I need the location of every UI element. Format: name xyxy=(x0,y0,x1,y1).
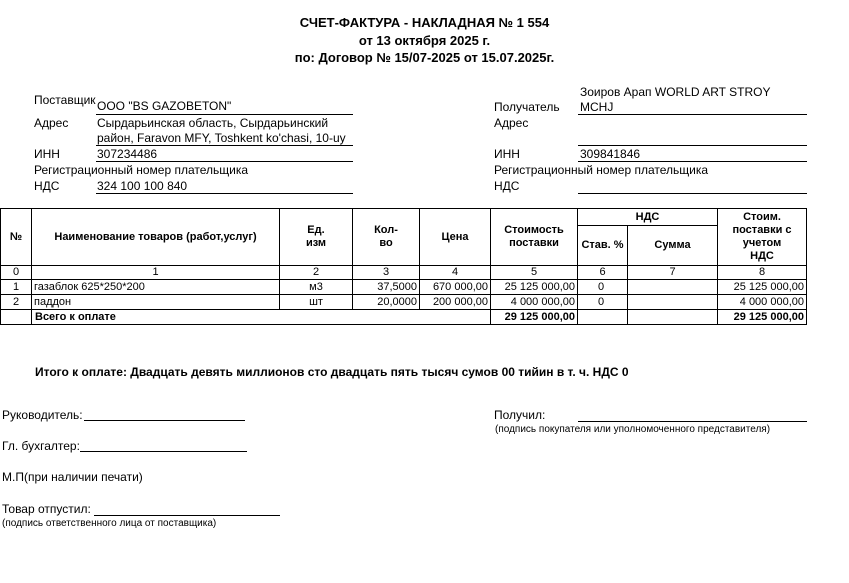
header-num: № xyxy=(1,209,32,266)
supplier-address-underline xyxy=(96,145,353,146)
col-number: 1 xyxy=(32,266,280,280)
row-name: газаблок 625*250*200 xyxy=(32,280,280,295)
received-note: (подпись покупателя или уполномоченного … xyxy=(495,424,770,435)
recipient-inn-label: ИНН xyxy=(494,147,520,161)
accountant-signature-line xyxy=(80,451,247,452)
header-name: Наименование товаров (работ,услуг) xyxy=(32,209,280,266)
supplier-nds-underline xyxy=(96,193,353,194)
header-qty: Кол-во xyxy=(353,209,420,266)
table-row: 2 паддон шт 20,0000 200 000,00 4 000 000… xyxy=(1,295,807,310)
col-number: 6 xyxy=(578,266,628,280)
table-header-row: № Наименование товаров (работ,услуг) Ед.… xyxy=(1,209,807,226)
col-number: 0 xyxy=(1,266,32,280)
total-with-vat: 29 125 000,00 xyxy=(718,310,807,325)
row-price: 670 000,00 xyxy=(420,280,491,295)
total-num-cell xyxy=(1,310,32,325)
total-vat-sum xyxy=(628,310,718,325)
supplier-address-label: Адрес xyxy=(34,116,68,130)
table-row: 1 газаблок 625*250*200 м3 37,5000 670 00… xyxy=(1,280,807,295)
col-number: 8 xyxy=(718,266,807,280)
accountant-label: Гл. бухгалтер: xyxy=(2,439,80,453)
col-number: 2 xyxy=(280,266,353,280)
supplier-inn-underline xyxy=(96,161,353,162)
stamp-label: М.П(при наличии печати) xyxy=(2,470,143,484)
director-signature-line xyxy=(84,420,245,421)
row-qty: 37,5000 xyxy=(353,280,420,295)
row-cost: 25 125 000,00 xyxy=(491,280,578,295)
recipient-nds-label: НДС xyxy=(494,179,519,193)
header-price: Цена xyxy=(420,209,491,266)
director-label: Руководитель: xyxy=(2,408,83,422)
supplier-nds: 324 100 100 840 xyxy=(97,179,187,193)
row-qty: 20,0000 xyxy=(353,295,420,310)
row-total: 25 125 000,00 xyxy=(718,280,807,295)
row-cost: 4 000 000,00 xyxy=(491,295,578,310)
header-vat-sum: Сумма xyxy=(628,226,718,266)
row-vat-rate: 0 xyxy=(578,295,628,310)
received-signature-line xyxy=(578,421,807,422)
received-label: Получил: xyxy=(494,408,545,422)
row-price: 200 000,00 xyxy=(420,295,491,310)
supplier-inn: 307234486 xyxy=(97,147,157,161)
total-cost: 29 125 000,00 xyxy=(491,310,578,325)
invoice-contract: по: Договор № 15/07-2025 от 15.07.2025г. xyxy=(0,50,849,65)
supplier-address-line2: район, Faravon MFY, Toshkent ko'chasi, 1… xyxy=(97,131,346,145)
table-column-numbers-row: 0 1 2 3 4 5 6 7 8 xyxy=(1,266,807,280)
supplier-address-line1: Сырдарьинская область, Сырдарьинский xyxy=(97,116,328,130)
recipient-name-line1: Зоиров Арап WORLD ART STROY xyxy=(580,85,770,99)
header-unit: Ед. изм xyxy=(280,209,353,266)
invoice-title: СЧЕТ-ФАКТУРА - НАКЛАДНАЯ № 1 554 xyxy=(0,15,849,30)
recipient-address-label: Адрес xyxy=(494,116,528,130)
row-unit: шт xyxy=(280,295,353,310)
col-number: 3 xyxy=(353,266,420,280)
supplier-name-underline xyxy=(96,114,353,115)
row-num: 1 xyxy=(1,280,32,295)
recipient-name-underline xyxy=(578,114,807,115)
total-label: Всего к оплате xyxy=(32,310,491,325)
header-total-with-vat: Стоим. поставки с учетом НДС xyxy=(718,209,807,266)
row-unit: м3 xyxy=(280,280,353,295)
recipient-name-line2: MCHJ xyxy=(580,100,613,114)
recipient-inn: 309841846 xyxy=(580,147,640,161)
invoice-date: от 13 октября 2025 г. xyxy=(0,33,849,48)
recipient-inn-underline xyxy=(578,161,807,162)
supplier-reg-label: Регистрационный номер плательщика xyxy=(34,163,248,177)
col-number: 7 xyxy=(628,266,718,280)
supplier-label: Поставщик xyxy=(34,93,96,107)
col-number: 4 xyxy=(420,266,491,280)
table-total-row: Всего к оплате 29 125 000,00 29 125 000,… xyxy=(1,310,807,325)
header-vat: НДС xyxy=(578,209,718,226)
total-in-words: Итого к оплате: Двадцать девять миллионо… xyxy=(35,365,629,379)
supplier-name: ООО "BS GAZOBETON" xyxy=(97,99,231,113)
invoice-table: № Наименование товаров (работ,услуг) Ед.… xyxy=(0,208,807,325)
row-vat-sum xyxy=(628,295,718,310)
recipient-label: Получатель xyxy=(494,100,560,114)
released-signature-line xyxy=(94,515,280,516)
recipient-reg-label: Регистрационный номер плательщика xyxy=(494,163,708,177)
col-number: 5 xyxy=(491,266,578,280)
recipient-nds-underline xyxy=(578,193,807,194)
header-vat-rate: Став. % xyxy=(578,226,628,266)
supplier-inn-label: ИНН xyxy=(34,147,60,161)
row-name: паддон xyxy=(32,295,280,310)
header-cost: Стоимость поставки xyxy=(491,209,578,266)
released-label: Товар отпустил: xyxy=(2,502,91,516)
row-num: 2 xyxy=(1,295,32,310)
released-note: (подпись ответственного лица от поставщи… xyxy=(2,518,216,529)
total-vat-rate xyxy=(578,310,628,325)
row-vat-sum xyxy=(628,280,718,295)
row-total: 4 000 000,00 xyxy=(718,295,807,310)
row-vat-rate: 0 xyxy=(578,280,628,295)
recipient-address-underline xyxy=(578,145,807,146)
supplier-nds-label: НДС xyxy=(34,179,59,193)
